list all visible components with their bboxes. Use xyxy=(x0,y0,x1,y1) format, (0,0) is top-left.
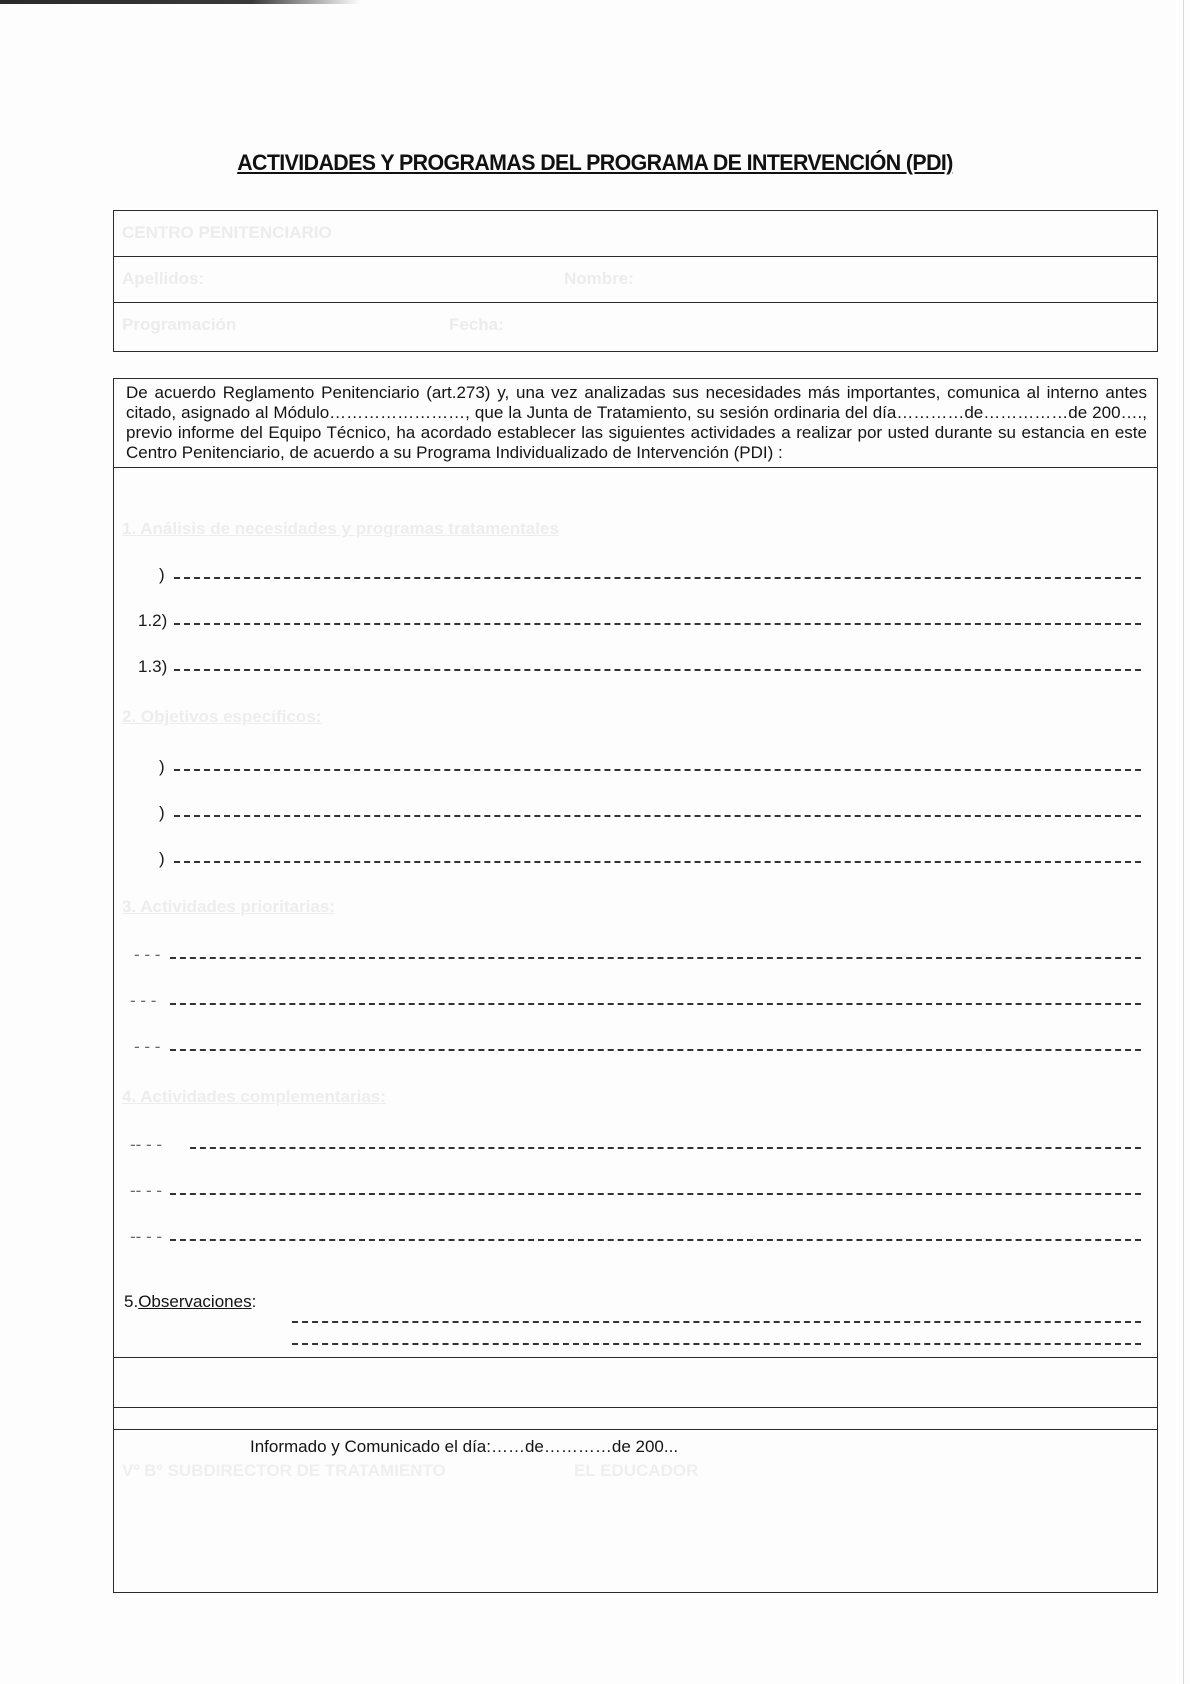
fill-line-4-1[interactable]: -- - - xyxy=(114,1135,1157,1157)
fill-line-3-3[interactable]: - - - xyxy=(114,1037,1157,1059)
dashed-fill-line xyxy=(174,623,1141,625)
ghost-heading-section-2: 2. Objetivos específicos: xyxy=(122,707,321,727)
ghost-label-centro: CENTRO PENITENCIARIO xyxy=(122,223,332,243)
ghost-label-programacion: Programación xyxy=(122,315,236,335)
dashed-fill-line xyxy=(174,769,1141,771)
scan-edge-shadow xyxy=(0,0,360,4)
informed-date-line[interactable]: Informado y Comunicado el día:……de…………de… xyxy=(250,1437,678,1457)
intro-paragraph: De acuerdo Reglamento Penitenciario (art… xyxy=(114,379,1157,468)
fill-line-3-2[interactable]: - - - xyxy=(114,991,1157,1013)
item-prefix: - - - xyxy=(134,945,160,965)
dashed-fill-line xyxy=(170,1239,1141,1241)
separator-line xyxy=(114,1357,1157,1358)
item-prefix: ) xyxy=(159,803,165,823)
item-prefix: ) xyxy=(159,757,165,777)
fill-line-2-3[interactable]: ) xyxy=(114,849,1157,871)
observations-line-1[interactable] xyxy=(114,1309,1157,1331)
document-title: ACTIVIDADES Y PROGRAMAS DEL PROGRAMA DE … xyxy=(18,150,1172,176)
separator-line xyxy=(114,1407,1157,1408)
dashed-fill-line xyxy=(174,815,1141,817)
item-prefix: -- - - xyxy=(130,1227,162,1247)
fill-line-1-2[interactable]: 1.2) xyxy=(114,611,1157,633)
dashed-fill-line xyxy=(292,1343,1141,1345)
item-prefix: 1.3) xyxy=(138,657,167,677)
dashed-fill-line xyxy=(170,957,1141,959)
fill-line-1-3[interactable]: 1.3) xyxy=(114,657,1157,679)
dashed-fill-line xyxy=(174,861,1141,863)
fill-line-2-2[interactable]: ) xyxy=(114,803,1157,825)
fill-line-4-2[interactable]: -- - - xyxy=(114,1181,1157,1203)
dashed-fill-line xyxy=(170,1193,1141,1195)
header-row-centro[interactable]: CENTRO PENITENCIARIO xyxy=(114,211,1157,257)
header-row-apellidos[interactable]: Apellidos: Nombre: xyxy=(114,257,1157,303)
item-prefix: -- - - xyxy=(130,1181,162,1201)
dashed-fill-line xyxy=(190,1147,1141,1149)
ghost-label-nombre: Nombre: xyxy=(564,269,634,289)
dashed-fill-line xyxy=(170,1049,1141,1051)
header-info-box: CENTRO PENITENCIARIO Apellidos: Nombre: … xyxy=(113,210,1158,352)
observations-line-2[interactable] xyxy=(114,1331,1157,1353)
item-prefix: - - - xyxy=(130,991,156,1011)
main-form-box: De acuerdo Reglamento Penitenciario (art… xyxy=(113,378,1158,1593)
scan-right-edge xyxy=(1183,0,1184,1684)
item-prefix: ) xyxy=(159,565,165,585)
ghost-heading-section-4: 4. Actividades complementarias: xyxy=(122,1087,386,1107)
ghost-signature-right: EL EDUCADOR xyxy=(574,1461,698,1481)
dashed-fill-line xyxy=(292,1321,1141,1323)
item-prefix: 1.2) xyxy=(138,611,167,631)
item-prefix: ) xyxy=(159,849,165,869)
dashed-fill-line xyxy=(174,577,1141,579)
separator-line xyxy=(114,1429,1157,1430)
item-prefix: -- - - xyxy=(130,1135,162,1155)
item-prefix: - - - xyxy=(134,1037,160,1057)
ghost-label-apellidos: Apellidos: xyxy=(122,269,204,289)
fill-line-4-3[interactable]: -- - - xyxy=(114,1227,1157,1249)
dashed-fill-line xyxy=(174,669,1141,671)
dashed-fill-line xyxy=(170,1003,1141,1005)
fill-line-2-1[interactable]: ) xyxy=(114,757,1157,779)
header-row-programacion[interactable]: Programación Fecha: xyxy=(114,303,1157,349)
fill-line-3-1[interactable]: - - - xyxy=(114,945,1157,967)
ghost-heading-section-1: 1. Análisis de necesidades y programas t… xyxy=(122,519,559,539)
ghost-label-fecha: Fecha: xyxy=(449,315,504,335)
ghost-signature-left: Vº Bº SUBDIRECTOR DE TRATAMIENTO xyxy=(122,1461,446,1481)
fill-line-1-1[interactable]: ) xyxy=(114,565,1157,587)
ghost-heading-section-3: 3. Actividades prioritarias: xyxy=(122,897,335,917)
